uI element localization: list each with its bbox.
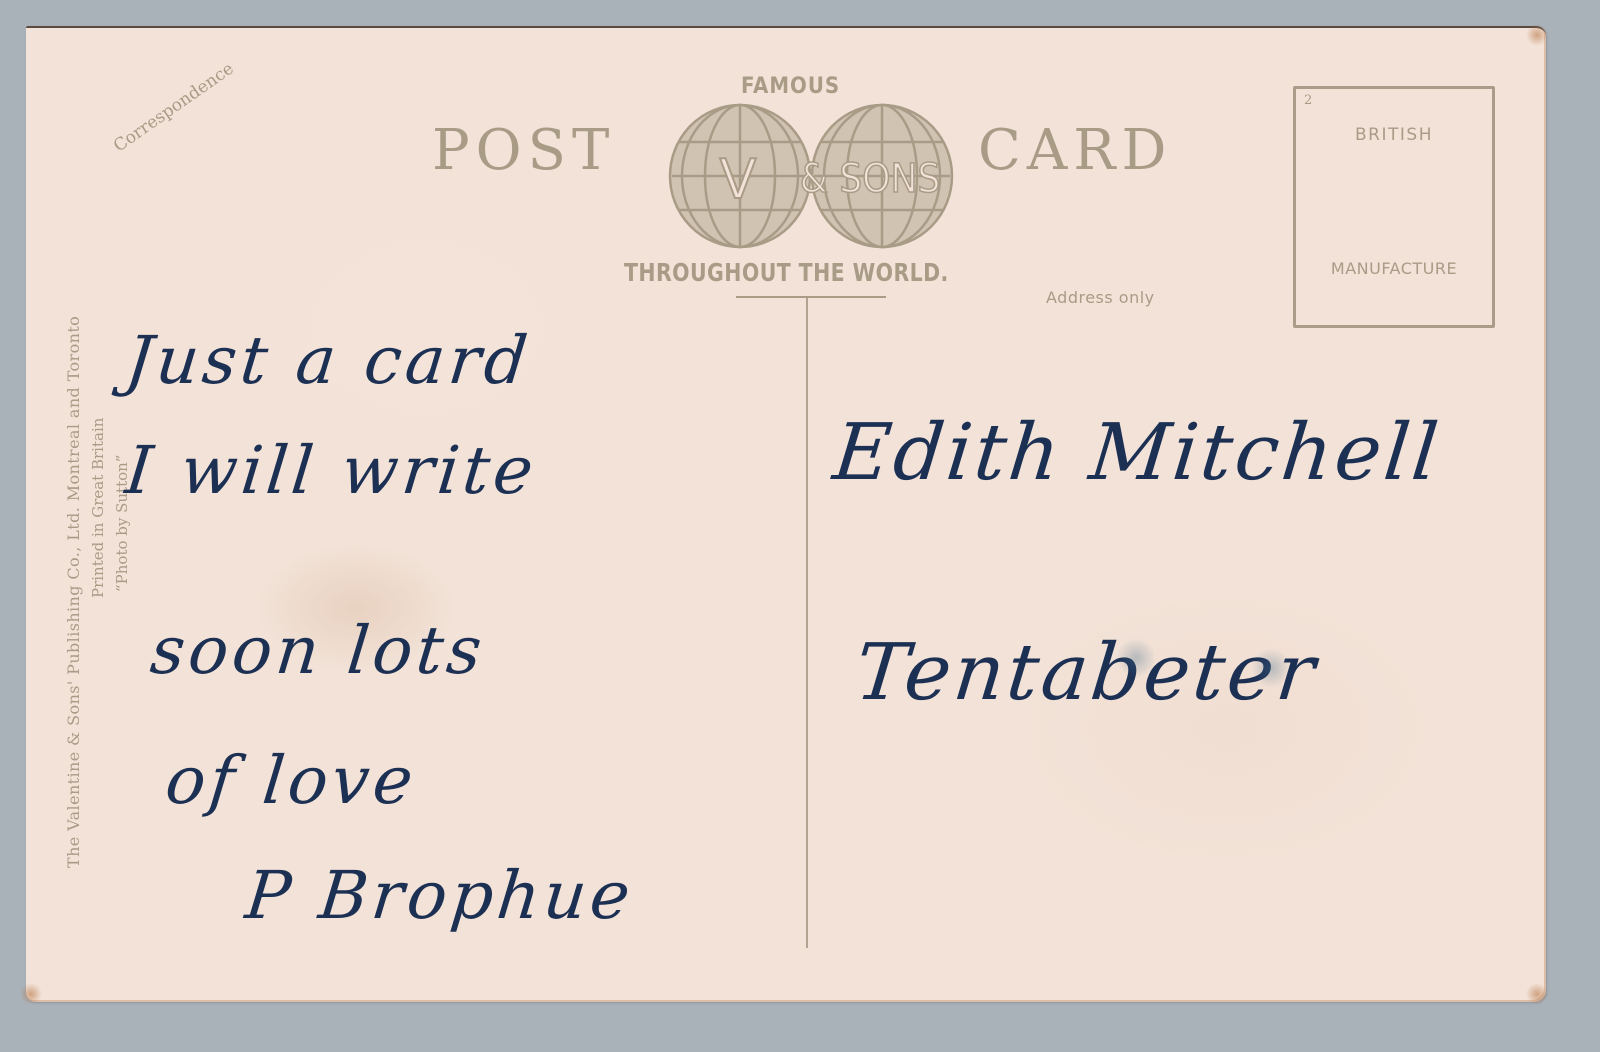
stamp-box: 2 BRITISH MANUFACTURE	[1293, 86, 1495, 328]
message-line: of love	[163, 748, 420, 814]
stamp-box-number: 2	[1304, 93, 1312, 108]
message-signature: P Brophue	[243, 863, 637, 929]
globes-logo-icon: V & SONS	[666, 102, 956, 250]
message-line: I will write	[123, 438, 541, 504]
ink-blot	[1116, 638, 1156, 678]
corner-wear	[1526, 24, 1548, 46]
famous-label: FAMOUS	[741, 74, 840, 99]
message-line: Just a card	[123, 328, 535, 394]
stamp-box-manufacture: MANUFACTURE	[1296, 259, 1492, 278]
post-heading: POST	[432, 118, 615, 183]
ink-blot	[1251, 648, 1291, 688]
header-rule	[736, 296, 886, 298]
throughout-the-world-label: THROUGHOUT THE WORLD.	[624, 258, 949, 287]
message-line: soon lots	[148, 618, 489, 684]
address-only-label: Address only	[1046, 288, 1155, 307]
address-name: Edith Mitchell	[829, 408, 1445, 498]
corner-wear	[20, 983, 42, 1005]
correspondence-label: Correspondence	[110, 59, 238, 157]
publisher-line-2: Printed in Great Britain	[86, 316, 110, 868]
stamp-box-british: BRITISH	[1296, 125, 1492, 145]
logo-v-letter: V	[720, 148, 757, 211]
center-divider	[806, 298, 808, 948]
publisher-line-1: The Valentine & Sons' Publishing Co., Lt…	[62, 316, 86, 868]
postcard: POST FAMOUS V & SONS CARD THROUGHOUT THE…	[26, 26, 1546, 1002]
card-heading: CARD	[978, 118, 1172, 183]
logo-sons-text: & SONS	[800, 156, 940, 202]
corner-wear	[1526, 983, 1548, 1005]
